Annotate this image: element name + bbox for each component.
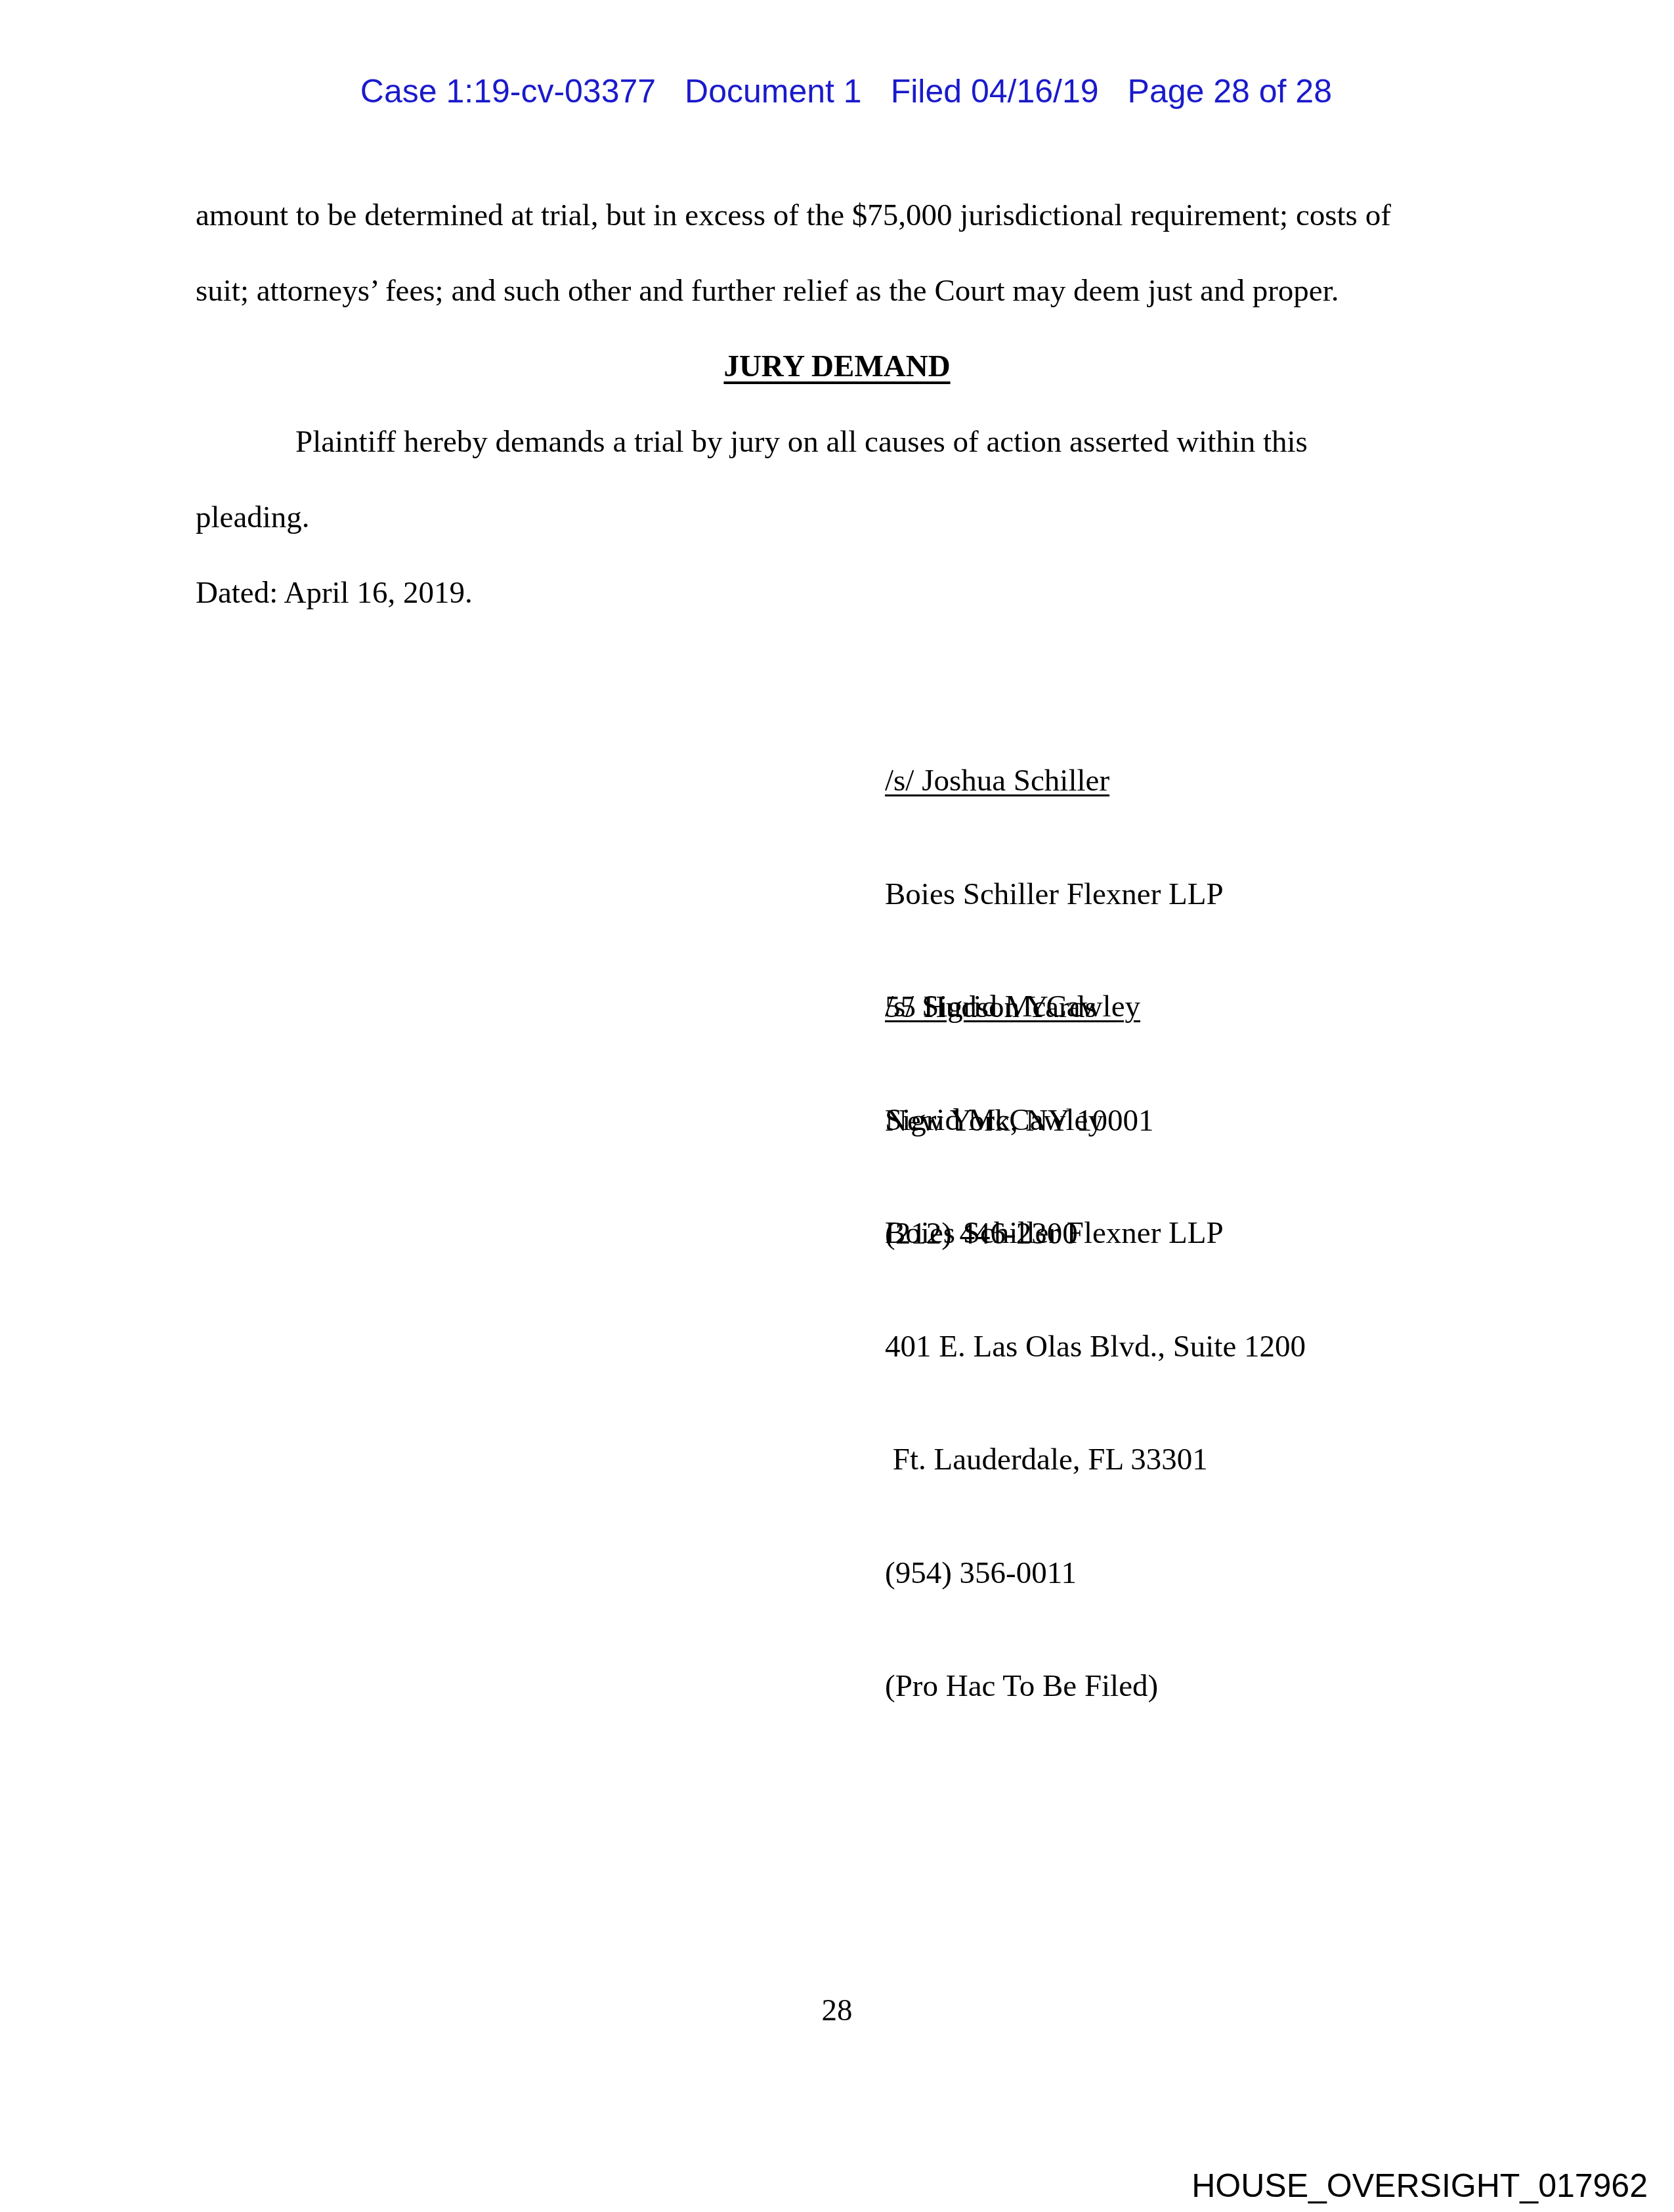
paragraph-relief-line-2: suit; attorneys’ fees; and such other an…: [196, 272, 1339, 309]
page-number: 28: [0, 1993, 1674, 2028]
paragraph-jury-line-1: Plaintiff hereby demands a trial by jury…: [295, 423, 1308, 460]
dated-line: Dated: April 16, 2019.: [196, 575, 473, 611]
bates-stamp: HOUSE_OVERSIGHT_017962: [1191, 2167, 1648, 2205]
case-number: Case 1:19-cv-03377: [360, 73, 656, 110]
page-indicator: Page 28 of 28: [1128, 73, 1332, 110]
phone-number: (954) 356-0011: [885, 1555, 1306, 1593]
firm-name: Boies Schiller Flexner LLP: [885, 1215, 1306, 1253]
document-number: Document 1: [685, 73, 862, 110]
city-state-zip: Ft. Lauderdale, FL 33301: [885, 1441, 1306, 1479]
section-heading: JURY DEMAND: [0, 348, 1674, 385]
signature-block-mccawley: /s/ Sigrid McCawley Sigrid McCawley Boie…: [885, 913, 1306, 1743]
firm-name: Boies Schiller Flexner LLP: [885, 876, 1224, 914]
ecf-header: Case 1:19-cv-03377Document 1Filed 04/16/…: [0, 34, 1674, 110]
jury-demand-heading: JURY DEMAND: [723, 349, 950, 383]
filed-date: Filed 04/16/19: [891, 73, 1099, 110]
paragraph-jury-line-2: pleading.: [196, 499, 310, 536]
paragraph-relief-line-1: amount to be determined at trial, but in…: [196, 197, 1391, 234]
pro-hac-note: (Pro Hac To Be Filed): [885, 1668, 1306, 1706]
attorney-name: Sigrid McCawley: [885, 1102, 1306, 1140]
signature-line: /s/ Sigrid McCawley: [885, 988, 1306, 1026]
street-address: 401 E. Las Olas Blvd., Suite 1200: [885, 1328, 1306, 1366]
signature-line: /s/ Joshua Schiller: [885, 762, 1224, 800]
